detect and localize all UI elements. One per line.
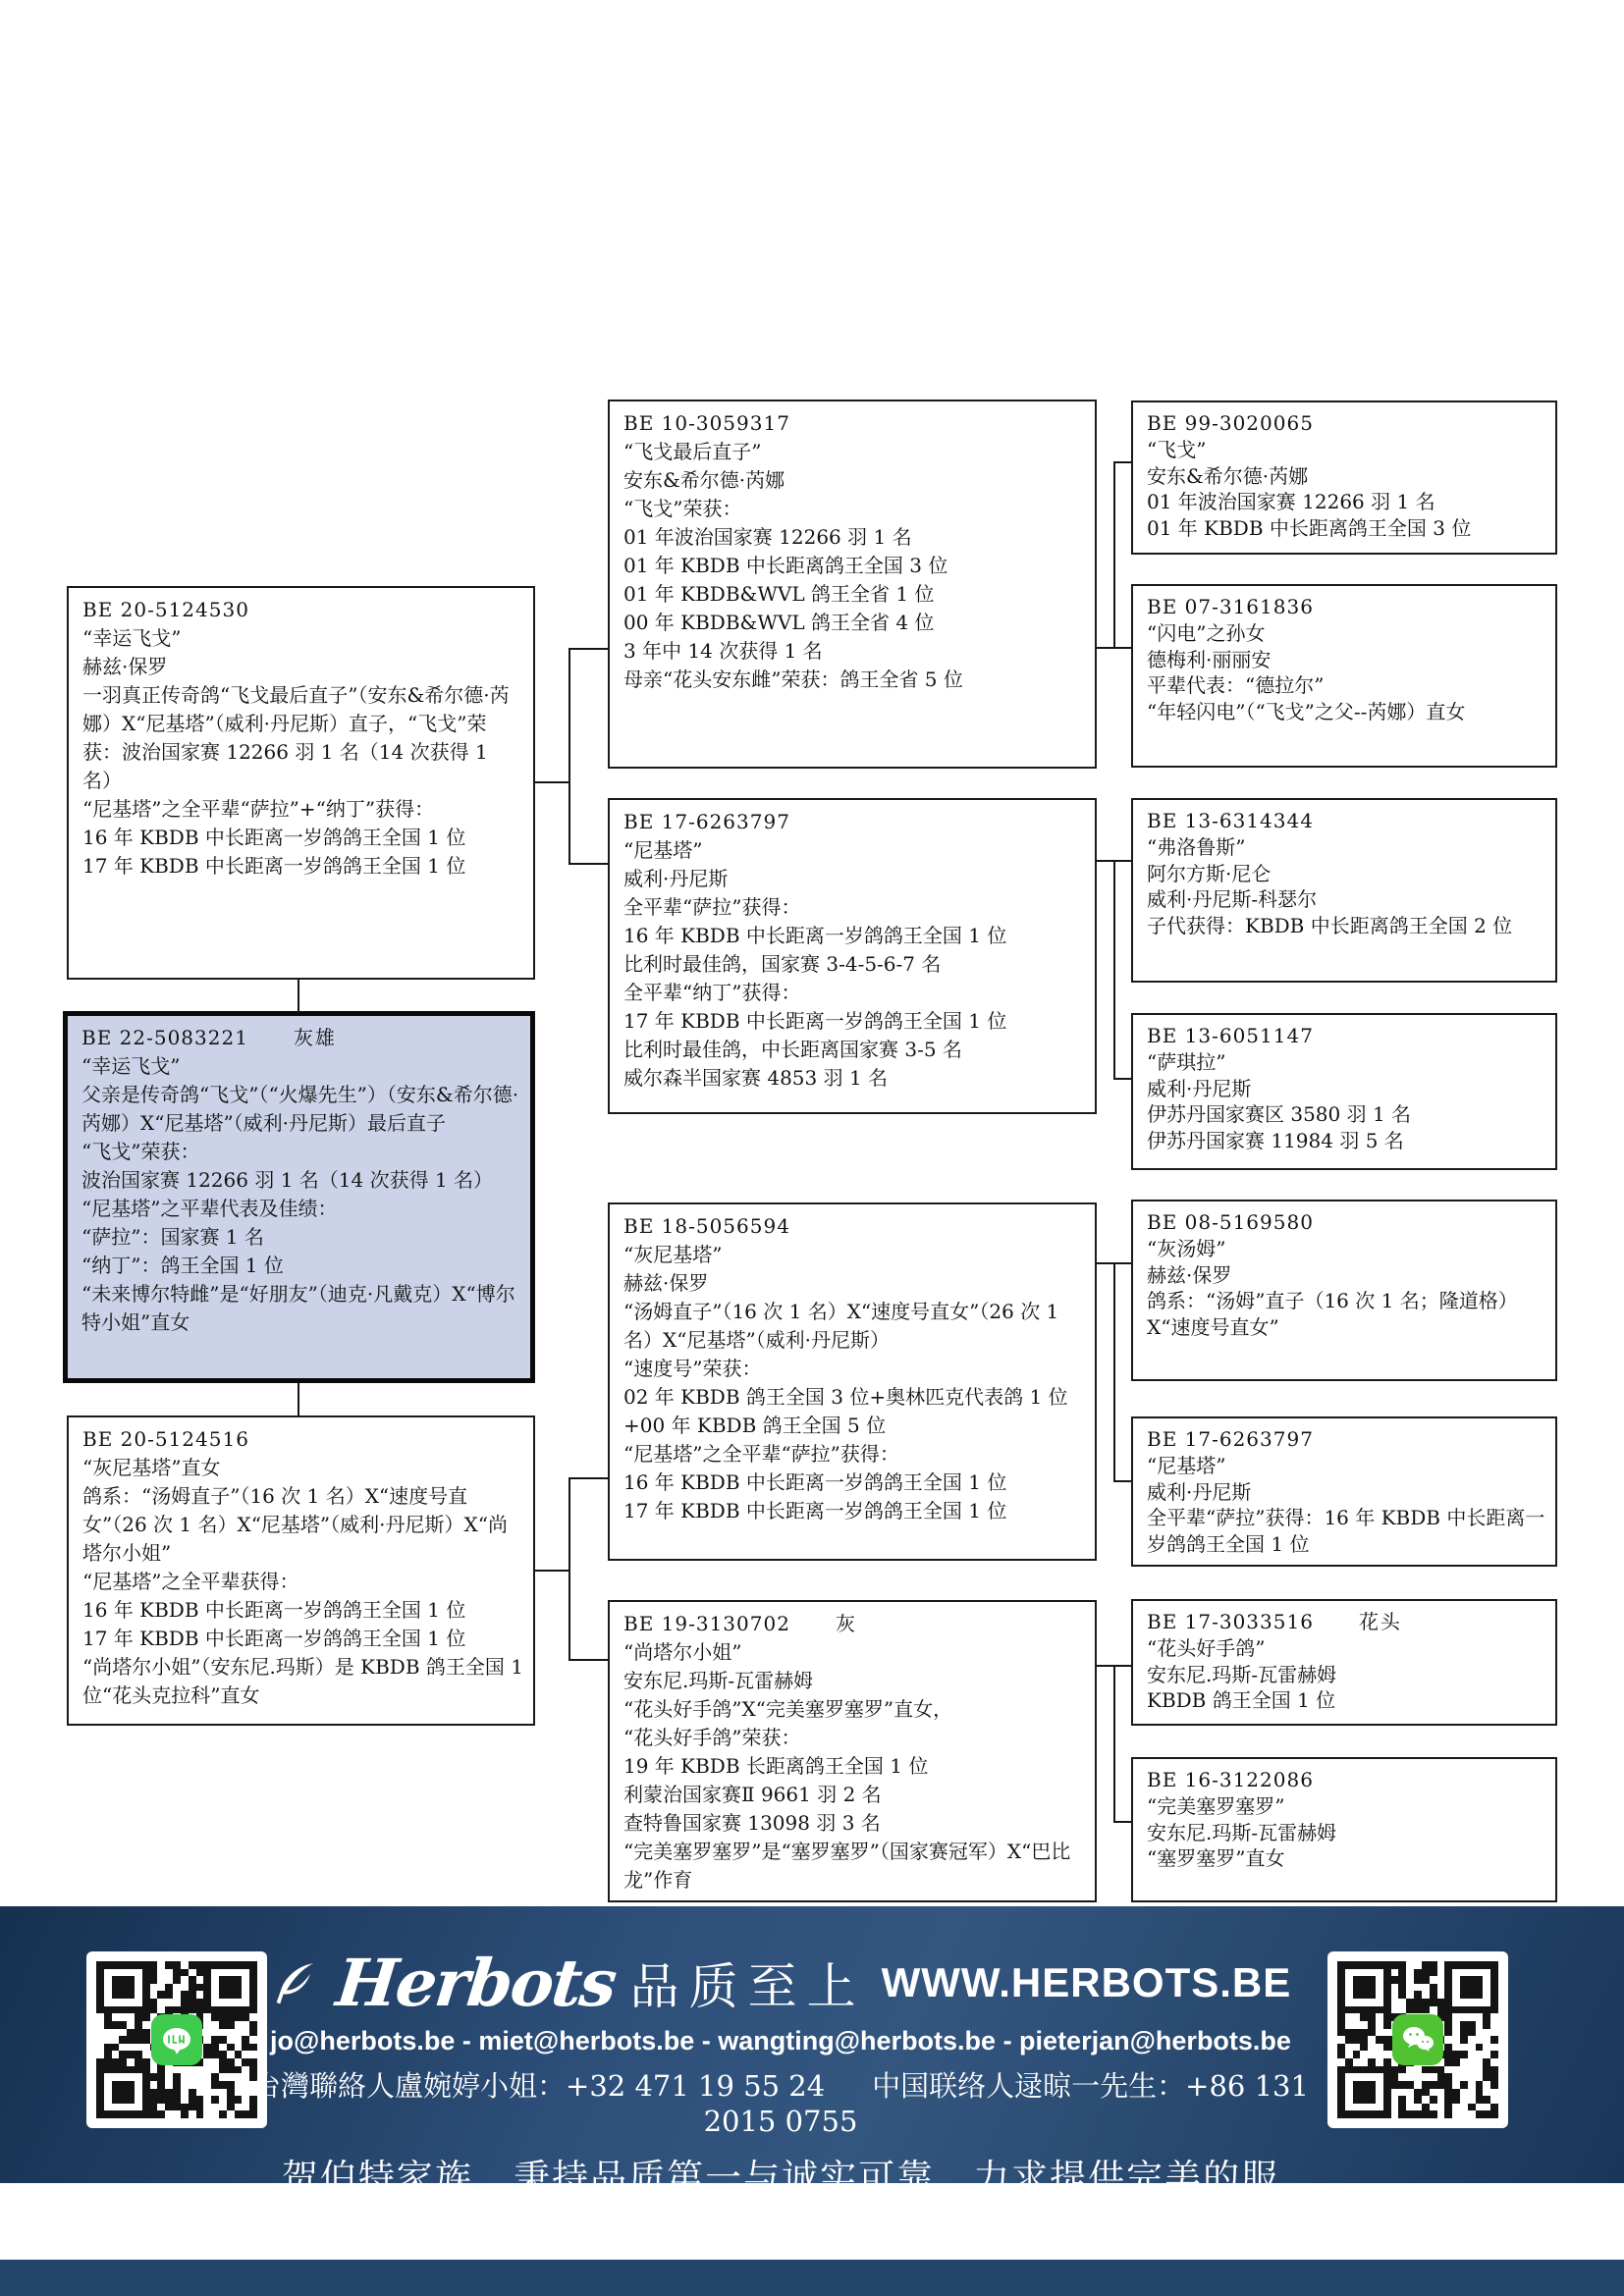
box-text: “幸运飞戈”赫兹·保罗一羽真正传奇鸽“飞戈最后直子”（安东&希尔德·芮娜）X“尼… — [82, 624, 523, 881]
box-text: “萨琪拉”威利·丹尼斯伊苏丹国家赛区 3580 羽 1 名伊苏丹国家赛 1198… — [1147, 1049, 1545, 1154]
pedigree-box-sire: BE 20-5124530 “幸运飞戈”赫兹·保罗一羽真正传奇鸽“飞戈最后直子”… — [67, 586, 535, 980]
pedigree-box-sire-dam-dam: BE 13-6051147 “萨琪拉”威利·丹尼斯伊苏丹国家赛区 3580 羽 … — [1131, 1013, 1557, 1170]
pedigree-box-sire-sire-sire: BE 99-3020065 “飞戈”安东&希尔德·芮娜01 年波治国家赛 122… — [1131, 400, 1557, 555]
connector-line — [1113, 1262, 1115, 1482]
wechat-icon — [1392, 2014, 1443, 2065]
ring-number: BE 08-5169580 — [1147, 1210, 1314, 1234]
wechat-qr-code — [1327, 1951, 1508, 2128]
pedigree-box-dam: BE 20-5124516 “灰尼基塔”直女鸽系：“汤姆直子”（16 次 1 名… — [67, 1415, 535, 1726]
pedigree-box-dam-dam-dam: BE 16-3122086 “完美塞罗塞罗”安东尼.玛斯-瓦雷赫姆“塞罗塞罗”直… — [1131, 1757, 1557, 1902]
box-text: “灰尼基塔”赫兹·保罗“汤姆直子”（16 次 1 名）X“速度号直女”（26 次… — [623, 1241, 1085, 1525]
connector-line — [298, 1383, 299, 1417]
connector-line — [568, 1477, 570, 1661]
connector-line — [1113, 1665, 1115, 1823]
connector-line — [1113, 860, 1115, 1080]
pedigree-box-dam-sire: BE 18-5056594 “灰尼基塔”赫兹·保罗“汤姆直子”（16 次 1 名… — [608, 1202, 1097, 1561]
ring-number: BE 17-6263797 — [1147, 1427, 1314, 1451]
ring-number: BE 18-5056594 — [623, 1214, 790, 1238]
pedigree-box-subject: BE 22-5083221灰雄 “幸运飞戈”父亲是传奇鸽“飞戈”（“火爆先生”）… — [63, 1011, 535, 1383]
box-text: “弗洛鲁斯”阿尔方斯·尼仑威利·丹尼斯-科瑟尔子代获得：KBDB 中长距离鸽王全… — [1147, 834, 1545, 939]
box-text: “闪电”之孙女德梅利·丽丽安平辈代表：“德拉尔”“年轻闪电”（“飞戈”之父--芮… — [1147, 620, 1545, 725]
box-text: “尼基塔”威利·丹尼斯全平辈“萨拉”获得：16 年 KBDB 中长距离一岁鸽鸽王… — [1147, 1453, 1545, 1558]
pedigree-box-dam-dam: BE 19-3130702灰 “尚塔尔小姐”安东尼.玛斯-瓦雷赫姆“花头好手鸽”… — [608, 1600, 1097, 1902]
line-bubble-glyph — [159, 2022, 194, 2057]
connector-line — [1113, 461, 1115, 649]
box-text: “飞戈”安东&希尔德·芮娜01 年波治国家赛 12266 羽 1 名01 年 K… — [1147, 437, 1545, 542]
connector-line — [535, 1570, 570, 1572]
ring-number: BE 20-5124516 — [82, 1427, 249, 1451]
color-sex-tag: 花头 — [1359, 1610, 1402, 1633]
ring-number: BE 99-3020065 — [1147, 411, 1314, 435]
box-text: “幸运飞戈”父亲是传奇鸽“飞戈”（“火爆先生”）（安东&希尔德·芮娜）X“尼基塔… — [81, 1052, 520, 1337]
ring-number: BE 17-6263797 — [623, 810, 790, 833]
connector-line — [568, 1477, 608, 1479]
wechat-bubbles-glyph — [1399, 2023, 1436, 2056]
pedigree-box-sire-sire: BE 10-3059317 “飞戈最后直子”安东&希尔德·芮娜“飞戈”荣获：01… — [608, 400, 1097, 769]
contact-phones: 台灣聯絡人盧婉婷小姐：+32 471 19 55 24中国联络人逯晾一先生：+8… — [250, 2064, 1311, 2138]
ring-number: BE 10-3059317 — [623, 411, 790, 435]
connector-line — [568, 648, 608, 650]
footer-slogan: 贺伯特家族...秉持品质第一与诚实可靠，力求提供完美的服务！ — [250, 2148, 1311, 2254]
pedigree-box-dam-sire-sire: BE 08-5169580 “灰汤姆”赫兹·保罗鸽系：“汤姆”直子（16 次 1… — [1131, 1200, 1557, 1381]
connector-line — [1113, 1821, 1131, 1823]
box-text: “飞戈最后直子”安东&希尔德·芮娜“飞戈”荣获：01 年波治国家赛 12266 … — [623, 438, 1085, 694]
connector-line — [298, 980, 299, 1013]
line-icon — [151, 2014, 202, 2065]
box-text: “尼基塔”威利·丹尼斯全平辈“萨拉”获得：16 年 KBDB 中长距离一岁鸽鸽王… — [623, 836, 1085, 1093]
pedigree-box-sire-dam: BE 17-6263797 “尼基塔”威利·丹尼斯全平辈“萨拉”获得：16 年 … — [608, 798, 1097, 1114]
box-text: “花头好手鸽”安东尼.玛斯-瓦雷赫姆KBDB 鸽王全国 1 位 — [1147, 1635, 1545, 1714]
pedigree-box-sire-sire-dam: BE 07-3161836 “闪电”之孙女德梅利·丽丽安平辈代表：“德拉尔”“年… — [1131, 584, 1557, 768]
footer-banner: Herbots 品质至上 WWW.HERBOTS.BE jo@herbots.b… — [0, 1906, 1624, 2183]
connector-line — [568, 863, 608, 865]
color-sex-tag: 灰雄 — [294, 1026, 337, 1049]
line-qr-code — [86, 1951, 267, 2128]
ring-number: BE 19-3130702 — [623, 1612, 790, 1635]
ring-number: BE 13-6051147 — [1147, 1024, 1314, 1047]
pedigree-box-dam-dam-sire: BE 17-3033516花头 “花头好手鸽”安东尼.玛斯-瓦雷赫姆KBDB 鸽… — [1131, 1599, 1557, 1726]
box-text: “尚塔尔小姐”安东尼.玛斯-瓦雷赫姆“花头好手鸽”X“完美塞罗塞罗”直女，“花头… — [623, 1638, 1085, 1895]
connector-line — [568, 648, 570, 865]
connector-line — [1113, 1480, 1131, 1482]
ring-number: BE 16-3122086 — [1147, 1768, 1314, 1791]
brand-tagline: 品质至上 — [630, 1948, 866, 2018]
connector-line — [1113, 1078, 1131, 1080]
color-sex-tag: 灰 — [836, 1612, 857, 1635]
connector-line — [568, 1659, 608, 1661]
box-text: “灰尼基塔”直女鸽系：“汤姆直子”（16 次 1 名）X“速度号直女”（26 次… — [82, 1454, 523, 1710]
ring-number: BE 07-3161836 — [1147, 595, 1314, 618]
brand-logo-text: Herbots — [333, 1945, 619, 2021]
pedigree-box-sire-dam-sire: BE 13-6314344 “弗洛鲁斯”阿尔方斯·尼仑威利·丹尼斯-科瑟尔子代获… — [1131, 798, 1557, 983]
ring-number: BE 22-5083221 — [81, 1026, 248, 1049]
email-addresses: jo@herbots.be - miet@herbots.be - wangti… — [250, 2026, 1311, 2056]
box-text: “完美塞罗塞罗”安东尼.玛斯-瓦雷赫姆“塞罗塞罗”直女 — [1147, 1793, 1545, 1872]
feather-icon — [270, 1960, 321, 2005]
contact-taiwan: 台灣聯絡人盧婉婷小姐：+32 471 19 55 24 — [252, 2069, 825, 2103]
bottom-color-bar — [0, 2260, 1624, 2296]
ring-number: BE 17-3033516 — [1147, 1610, 1314, 1633]
connector-line — [535, 781, 570, 783]
ring-number: BE 13-6314344 — [1147, 809, 1314, 832]
box-text: “灰汤姆”赫兹·保罗鸽系：“汤姆”直子（16 次 1 名；隆道格）X“速度号直女… — [1147, 1236, 1545, 1341]
ring-number: BE 20-5124530 — [82, 598, 249, 621]
connector-line — [1113, 461, 1131, 463]
pedigree-box-dam-sire-dam: BE 17-6263797 “尼基塔”威利·丹尼斯全平辈“萨拉”获得：16 年 … — [1131, 1416, 1557, 1567]
website-url: WWW.HERBOTS.BE — [882, 1959, 1292, 2006]
